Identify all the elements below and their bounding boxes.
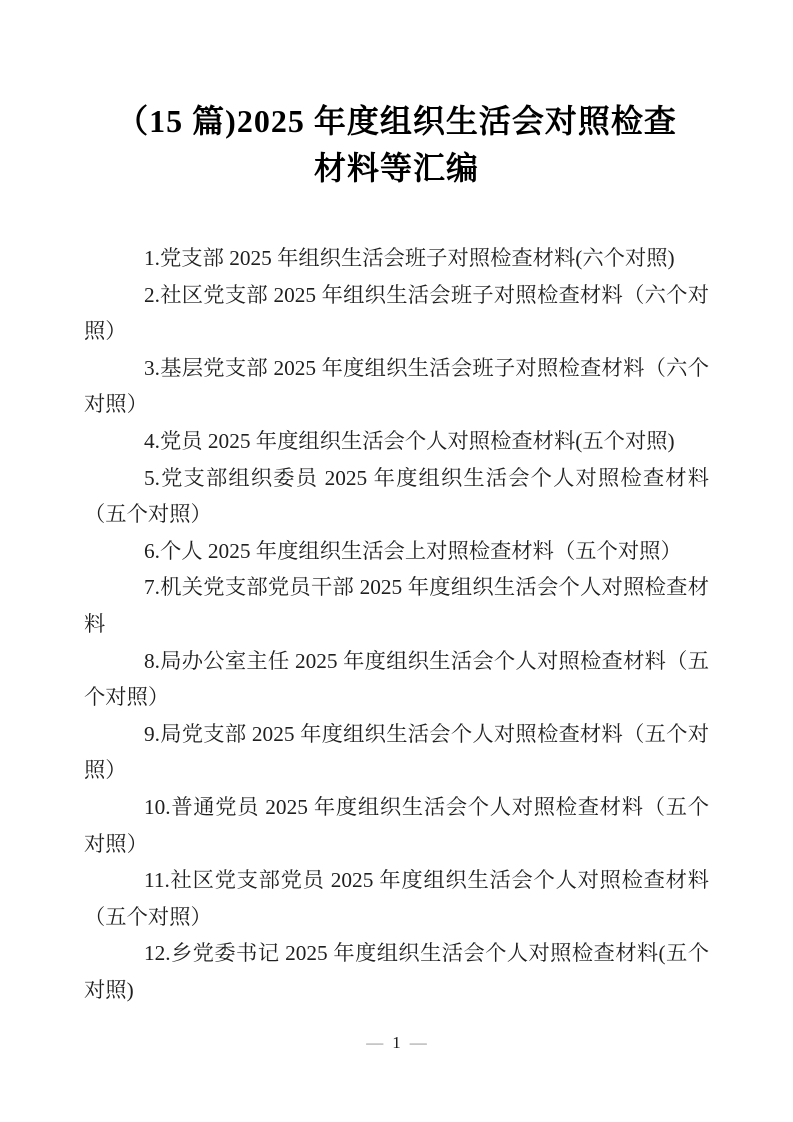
toc-item: 5.党支部组织委员 2025 年度组织生活会个人对照检查材料（五个对照）	[84, 460, 709, 533]
doc-title: （15 篇)2025 年度组织生活会对照检查材料等汇编	[101, 98, 693, 192]
page-number: 1	[392, 1033, 401, 1052]
toc-item: 8.局办公室主任 2025 年度组织生活会个人对照检查材料（五个对照）	[84, 643, 709, 716]
toc-item: 12.乡党委书记 2025 年度组织生活会个人对照检查材料(五个对照)	[84, 935, 709, 1008]
toc-item: 1.党支部 2025 年组织生活会班子对照检查材料(六个对照)	[84, 240, 709, 277]
toc-item: 10.普通党员 2025 年度组织生活会个人对照检查材料（五个对照）	[84, 789, 709, 862]
toc-item: 6.个人 2025 年度组织生活会上对照检查材料（五个对照）	[84, 533, 709, 570]
toc-item: 3.基层党支部 2025 年度组织生活会班子对照检查材料（六个对照）	[84, 350, 709, 423]
footer-dash-right: —	[401, 1033, 436, 1052]
toc-item: 9.局党支部 2025 年度组织生活会个人对照检查材料（五个对照）	[84, 716, 709, 789]
toc-item: 7.机关党支部党员干部 2025 年度组织生活会个人对照检查材料	[84, 569, 709, 642]
toc-list: 1.党支部 2025 年组织生活会班子对照检查材料(六个对照) 2.社区党支部 …	[84, 240, 709, 1008]
toc-item: 2.社区党支部 2025 年组织生活会班子对照检查材料（六个对照）	[84, 277, 709, 350]
toc-item: 11.社区党支部党员 2025 年度组织生活会个人对照检查材料（五个对照）	[84, 862, 709, 935]
footer-dash-left: —	[357, 1033, 392, 1052]
document-page: （15 篇)2025 年度组织生活会对照检查材料等汇编 1.党支部 2025 年…	[0, 0, 793, 1122]
toc-item: 4.党员 2025 年度组织生活会个人对照检查材料(五个对照)	[84, 423, 709, 460]
page-footer: —1—	[0, 1033, 793, 1053]
